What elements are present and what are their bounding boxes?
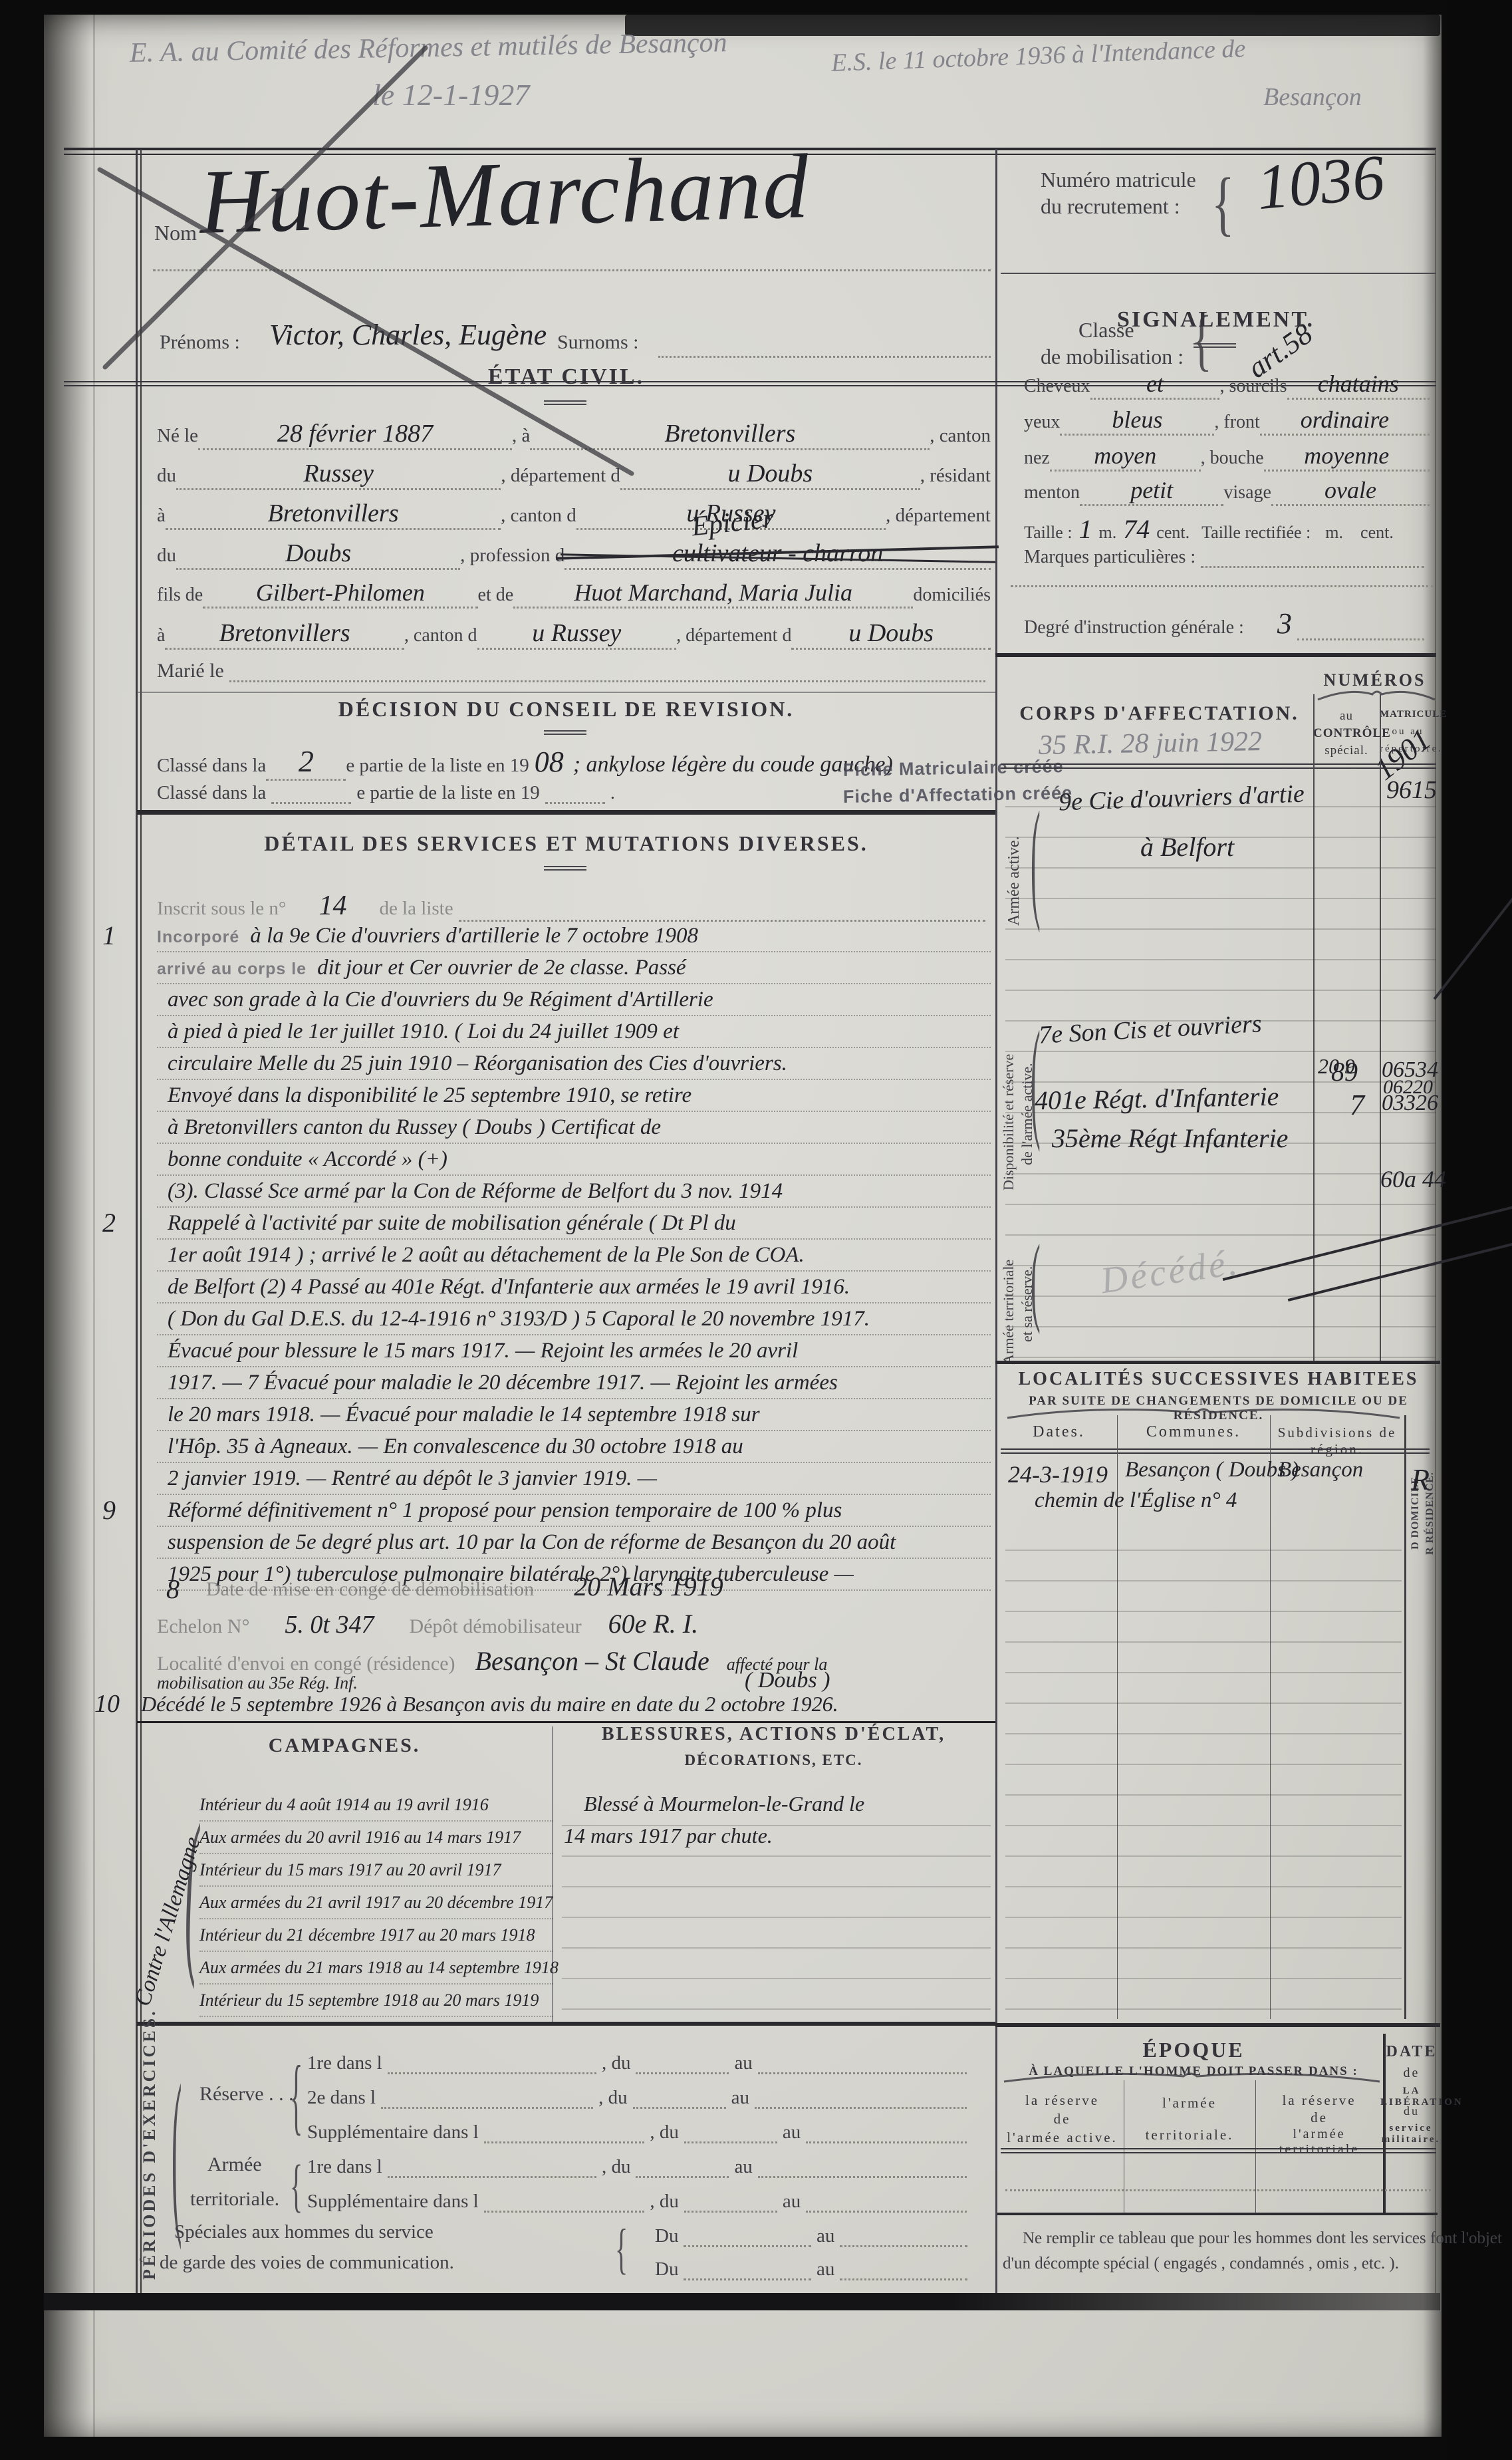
scanned-military-register-page: E. A. au Comité des Réformes et mutilés … [0,0,1512,2460]
cross-out-strokes [100,48,632,474]
ink-overlay [0,0,1512,2460]
brace-icon [1004,692,1435,2082]
